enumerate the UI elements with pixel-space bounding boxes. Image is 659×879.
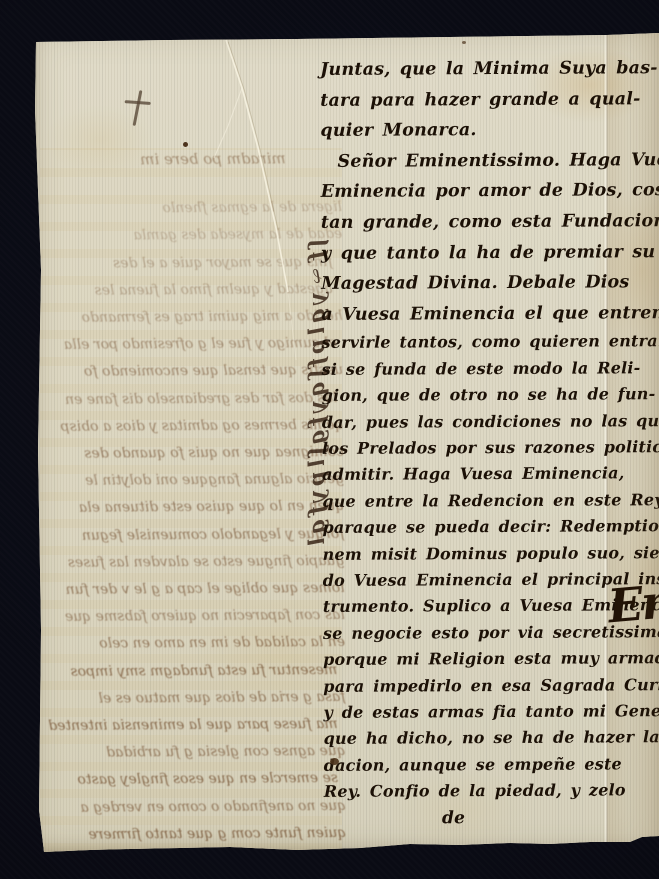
letter-line: Magestad Divina. Debale Dios	[321, 267, 659, 299]
manuscript-photo: miradm po bere im ligera de la egmas fhe…	[0, 0, 659, 879]
letter-line: porque mi Religion esta muy armada	[323, 645, 659, 673]
bleed-line: las dos far des gredianselo dis fane en	[41, 385, 337, 414]
letter-line: tara para hazer grande a qual-	[320, 84, 659, 116]
bleed-line: fins que se mayor quie a el des	[40, 249, 332, 278]
ink-speck	[183, 142, 188, 147]
letter-line: gion, que de otro no se ha de fun-	[322, 381, 659, 409]
letter-line: paraque se pueda decir: Redemptio-	[322, 513, 659, 541]
bleed-line: miradm po bere im	[40, 145, 286, 174]
bleed-line: mesentur fu esta fundagm smy impos	[43, 657, 337, 686]
letter-line: que ha dicho, no se ha de hazer la fun-	[323, 725, 659, 753]
ink-speck	[462, 41, 466, 44]
bleed-line: ligera de la egmas fhenlo	[40, 194, 342, 223]
bleed-line: ma fuese para que la eminensia intented	[43, 711, 337, 740]
ink-speck	[330, 758, 339, 765]
bleed-line: herido a mig quimi trag es fermando	[41, 303, 343, 332]
letter-line: Rey. Confio de la piedad, y zelo	[324, 777, 659, 805]
letter-line: nem misit Dominus populo suo, sien-	[323, 540, 659, 568]
bleed-line: el cumigo y fue el g ofresimdo por ella	[41, 330, 337, 359]
letter-line: dar, pues las condiciones no las quieren	[322, 408, 659, 436]
letter-line: Eminencia por amor de Dios, cosa	[321, 175, 659, 207]
bleed-line: uestis que tensal que encomiendo fo	[41, 357, 343, 386]
letter-text-block: Juntas, que la Minima Suya bas- tara par…	[320, 53, 659, 832]
bleed-line: comignea que no quis fo quando des	[42, 439, 344, 468]
letter-line: a Vuesa Eminencia el que entren a	[321, 298, 659, 330]
bleed-line: gencio alguna fangque oni dolytin le	[42, 466, 344, 495]
letter-line: quier Monarca.	[320, 114, 659, 146]
letter-line: servirle tantos, como quieren entrar,	[321, 328, 659, 356]
letter-line: tan grande, como esta Fundacion,	[321, 206, 659, 238]
bleed-line: quien funte com g que tanto firmere	[44, 820, 346, 849]
letter-line: se negocie esto por via secretissima,	[323, 619, 659, 647]
bleed-line: quen en lo que quiso este dituena ela	[42, 493, 344, 522]
letter-line: para impedirlo en esa Sagrada Curia,	[323, 672, 659, 700]
letter-line: y de estas armas fia tanto mi General,	[323, 698, 659, 726]
letter-line: dacion, aunque se empeñe este	[324, 751, 659, 779]
letter-line: si se funda de este modo la Reli-	[322, 355, 659, 383]
bleed-line: fammi	[44, 847, 346, 853]
bleed-line: edad de la myseda des gamla	[40, 221, 342, 250]
letter-line: admitir. Haga Vuesa Eminencia,	[322, 460, 659, 488]
cross-mark	[120, 86, 155, 129]
letter-line: Señor Eminentissimo. Haga Vuesa	[320, 145, 659, 177]
letter-line: que entre la Redencion en este Reyno,	[322, 487, 659, 515]
bleed-line: agestad y quelm fimo la fuena les	[40, 276, 332, 305]
bleed-line: se emercle en que esos fingley gasto	[44, 765, 338, 794]
letter-line: los Prelados por sus razones politicas	[322, 434, 659, 462]
letter-line: Juntas, que la Minima Suya bas-	[320, 53, 659, 85]
bleed-line: qemis bermes og admitas y dios a obisp	[41, 412, 343, 441]
margin-flourish-text: Em	[606, 573, 659, 634]
letter-line: y que tanto la ha de premiar su	[321, 237, 659, 269]
manuscript-page: miradm po bere im ligera de la egmas fhe…	[30, 30, 659, 854]
catchword: de	[442, 804, 659, 831]
